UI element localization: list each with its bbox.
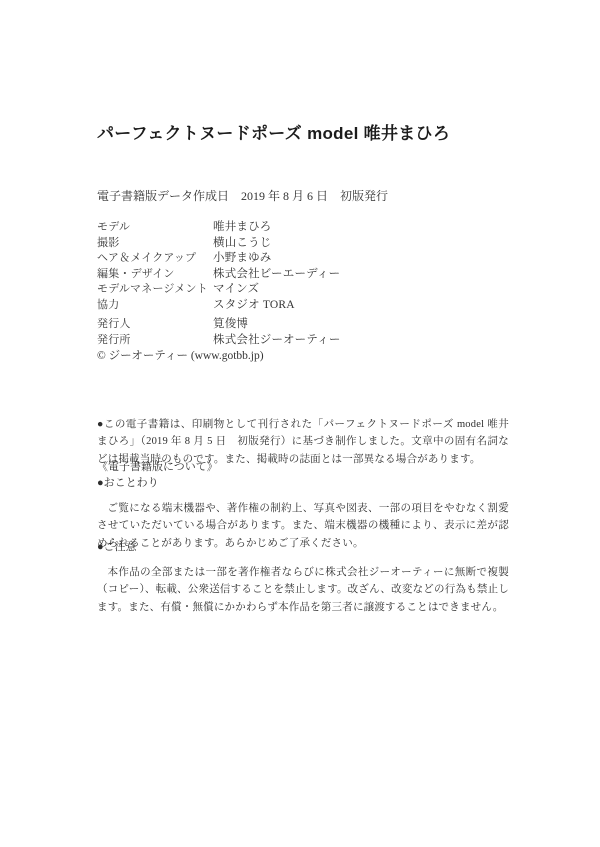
credit-row: 撮影 横山こうじ bbox=[97, 234, 517, 250]
publisher-value: 筧俊博 bbox=[213, 315, 248, 331]
publisher-row: 発行所 株式会社ジーオーティー bbox=[97, 331, 517, 347]
credit-row: 編集・デザイン 株式会社ビーエーディー bbox=[97, 265, 517, 281]
credit-label: 撮影 bbox=[97, 234, 213, 250]
credit-row: モデルマネージメント マインズ bbox=[97, 280, 517, 296]
notice-heading: ●おことわり bbox=[97, 474, 509, 490]
credit-row: 協力 スタジオ TORA bbox=[97, 296, 517, 312]
credit-value: マインズ bbox=[213, 280, 259, 296]
credit-label: 編集・デザイン bbox=[97, 265, 213, 281]
credit-value: 唯井まひろ bbox=[213, 218, 272, 234]
credits-list: モデル 唯井まひろ 撮影 横山こうじ ヘア＆メイクアップ 小野まゆみ 編集・デザ… bbox=[97, 218, 517, 311]
credit-value: スタジオ TORA bbox=[213, 296, 295, 312]
credit-value: 株式会社ビーエーディー bbox=[213, 265, 340, 281]
copyright-line: © ジーオーティー (www.gotbb.jp) bbox=[97, 347, 517, 363]
ebook-section-heading: 《電子書籍版について》 bbox=[97, 458, 509, 474]
book-title: パーフェクトヌードポーズ model 唯井まひろ bbox=[97, 123, 557, 145]
publisher-label: 発行人 bbox=[97, 315, 213, 331]
credit-label: モデルマネージメント bbox=[97, 280, 213, 296]
publisher-label: 発行所 bbox=[97, 331, 213, 347]
credit-label: ヘア＆メイクアップ bbox=[97, 249, 213, 265]
publisher-row: 発行人 筧俊博 bbox=[97, 315, 517, 331]
ebook-edition-date-line: 電子書籍版データ作成日 2019 年 8 月 6 日 初版発行 bbox=[97, 188, 517, 204]
credit-row: ヘア＆メイクアップ 小野まゆみ bbox=[97, 249, 517, 265]
colophon-page: パーフェクトヌードポーズ model 唯井まひろ 電子書籍版データ作成日 201… bbox=[0, 0, 600, 847]
credit-value: 小野まゆみ bbox=[213, 249, 272, 265]
caution-body-paragraph: 本作品の全部または一部を著作権者ならびに株式会社ジーオーティーに無断で複製（コピ… bbox=[97, 564, 509, 617]
publisher-value: 株式会社ジーオーティー bbox=[213, 331, 341, 347]
credit-label: モデル bbox=[97, 218, 213, 234]
caution-heading: ●ご注意 bbox=[97, 538, 509, 554]
credit-row: モデル 唯井まひろ bbox=[97, 218, 517, 234]
credit-label: 協力 bbox=[97, 296, 213, 312]
credit-value: 横山こうじ bbox=[213, 234, 272, 250]
publisher-list: 発行人 筧俊博 発行所 株式会社ジーオーティー bbox=[97, 315, 517, 346]
